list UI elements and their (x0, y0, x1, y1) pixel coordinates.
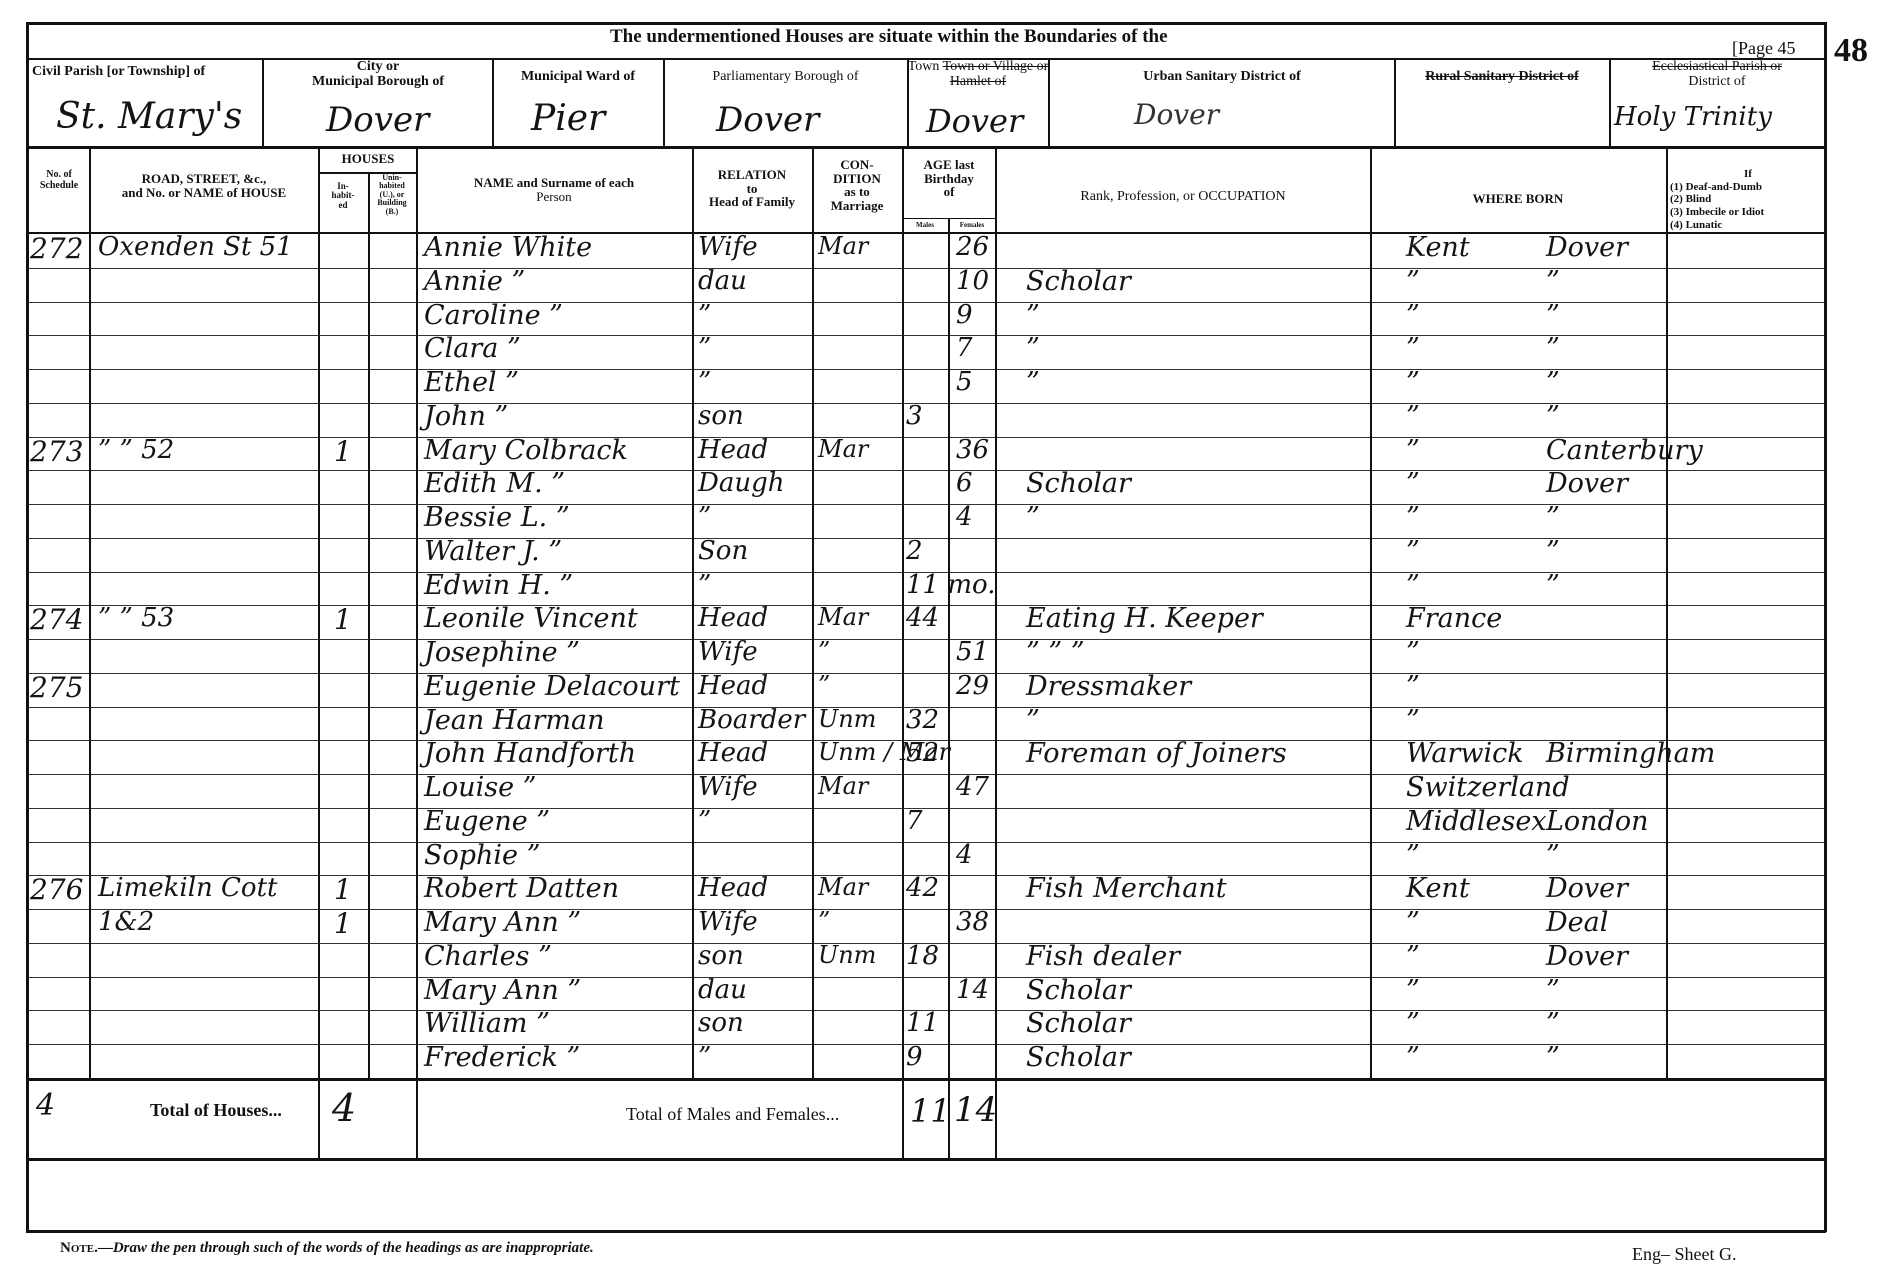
municipal-borough-value: Dover (326, 100, 429, 140)
born-town-cell: ” (1546, 502, 1560, 533)
condition-cell: Mar (818, 232, 868, 260)
urban-sanitary-label: Urban Sanitary District of (1048, 70, 1396, 85)
born-county-cell: ” (1406, 1008, 1420, 1039)
urban-sanitary-value: Dover (1134, 98, 1219, 131)
houses-header: HOUSES (318, 152, 418, 166)
relation-cell: Wife (698, 637, 758, 667)
table-row: 274” ” 531Leonile VincentHeadMar44Eating… (26, 605, 1826, 639)
occupation-cell: Scholar (1026, 975, 1131, 1006)
occupation-cell: Scholar (1026, 266, 1131, 297)
road-cell: 1&2 (98, 907, 154, 937)
table-row: John ”son3”” (26, 403, 1826, 437)
totals-top-rule (26, 1078, 1826, 1081)
relation-cell: Head (698, 738, 768, 768)
occupation-cell: Fish dealer (1026, 941, 1180, 972)
male-age-cell: 18 (906, 941, 939, 971)
relation-cell: dau (698, 975, 747, 1005)
relation-cell: son (698, 401, 744, 431)
condition-cell: ” (818, 637, 830, 665)
born-town-cell: Dover (1546, 232, 1628, 263)
born-town-cell: ” (1546, 975, 1560, 1006)
frame-top (26, 22, 1826, 25)
female-age-cell: 14 (956, 975, 989, 1005)
condition-cell: ” (818, 671, 830, 699)
occupation-cell: ” ” ” (1026, 637, 1085, 668)
occupation-cell: Fish Merchant (1026, 873, 1227, 904)
born-town-cell: ” (1546, 536, 1560, 567)
occupation-cell: ” (1026, 705, 1040, 736)
male-age-cell: 9 (906, 1042, 923, 1072)
born-county-cell: ” (1406, 975, 1420, 1006)
relation-cell: ” (698, 570, 711, 600)
total-houses-label: Total of Houses... (150, 1100, 282, 1121)
condition-cell: Mar (818, 873, 868, 901)
occupation-header: Rank, Profession, or OCCUPATION (995, 190, 1371, 205)
born-town-cell: ” (1546, 1042, 1560, 1073)
name-cell: John Handforth (424, 738, 636, 769)
born-town-cell: ” (1546, 401, 1560, 432)
born-county-cell: ” (1406, 333, 1420, 364)
schedule-header: No. ofSchedule (28, 170, 90, 191)
male-age-cell: 11 (906, 1008, 939, 1038)
females-header: Females (948, 222, 996, 229)
male-age-cell: 2 (906, 536, 923, 566)
table-row: 1&21Mary Ann ”Wife”38”Deal (26, 909, 1826, 943)
schedule-cell: 272 (30, 232, 83, 265)
uninhabited-header: Unin-habited(U.), orBuilding(B.) (368, 174, 416, 216)
born-town-cell: London (1546, 806, 1649, 837)
born-town-cell: ” (1546, 266, 1560, 297)
name-cell: Eugenie Delacourt (424, 671, 680, 702)
table-row: Ethel ””5””” (26, 369, 1826, 403)
born-town-cell: Dover (1546, 941, 1628, 972)
table-row: 275Eugenie DelacourtHead”29Dressmaker” (26, 673, 1826, 707)
relation-cell: Daugh (698, 468, 784, 498)
name-cell: Annie ” (424, 266, 525, 297)
born-county-cell: ” (1406, 941, 1420, 972)
name-cell: Ethel ” (424, 367, 519, 398)
born-town-cell: Deal (1546, 907, 1608, 938)
occupation-cell: ” (1026, 367, 1040, 398)
female-age-cell: 7 (956, 333, 973, 363)
age-subheader-rule (902, 218, 996, 219)
male-age-cell: 11 mo. (906, 570, 995, 600)
born-county-cell: Kent (1406, 873, 1470, 904)
relation-cell: Wife (698, 772, 758, 802)
condition-cell: Mar (818, 603, 868, 631)
born-county-cell: ” (1406, 705, 1420, 736)
born-town-cell: ” (1546, 840, 1560, 871)
folio-number: 48 (1834, 32, 1868, 70)
male-age-cell: 44 (906, 603, 939, 633)
name-cell: Frederick ” (424, 1042, 580, 1073)
relation-cell: son (698, 941, 744, 971)
table-row: 276Limekiln Cott1Robert DattenHeadMar42F… (26, 875, 1826, 909)
occupation-cell: Scholar (1026, 1042, 1131, 1073)
relation-cell: Head (698, 435, 768, 465)
road-cell: Oxenden St 51 (98, 232, 293, 262)
name-cell: Leonile Vincent (424, 603, 638, 634)
page-number-label: [Page 45 (1732, 38, 1795, 59)
schedules-total-mark: 4 (36, 1088, 55, 1123)
name-cell: Sophie ” (424, 840, 540, 871)
occupation-cell: ” (1026, 333, 1040, 364)
name-cell: Robert Datten (424, 873, 619, 904)
born-town-cell: ” (1546, 300, 1560, 331)
condition-cell: Unm (818, 705, 876, 733)
born-county-cell: Warwick (1406, 738, 1524, 769)
male-age-cell: 52 (906, 738, 939, 768)
ecclesiastical-parish-value: Holy Trinity (1614, 102, 1772, 132)
footer-note: Note.—Draw the pen through such of the w… (60, 1240, 594, 1257)
table-row: Annie ”dau10Scholar”” (26, 268, 1826, 302)
born-county-cell: ” (1406, 536, 1420, 567)
female-age-cell: 47 (956, 772, 989, 802)
inhabited-cell: 1 (334, 873, 352, 906)
born-town-cell: Dover (1546, 468, 1628, 499)
inhabited-cell: 1 (334, 907, 352, 940)
name-cell: Mary Ann ” (424, 975, 581, 1006)
infirmity-header: If(1) Deaf-and-Dumb(2) Blind(3) Imbecile… (1670, 168, 1826, 231)
born-county-cell: ” (1406, 840, 1420, 871)
town-value: Dover (926, 102, 1023, 140)
schedule-cell: 275 (30, 671, 83, 704)
inhabited-cell: 1 (334, 435, 352, 468)
name-cell: Louise ” (424, 772, 536, 803)
table-row: Sophie ”4”” (26, 842, 1826, 876)
born-county-cell: ” (1406, 1042, 1420, 1073)
name-cell: Edwin H. ” (424, 570, 573, 601)
occupation-cell: Scholar (1026, 1008, 1131, 1039)
born-county-cell: Kent (1406, 232, 1470, 263)
name-cell: Charles ” (424, 941, 552, 972)
name-cell: John ” (424, 401, 508, 432)
name-cell: William ” (424, 1008, 550, 1039)
road-cell: ” ” 53 (98, 603, 174, 633)
born-county-cell: Switzerland (1406, 772, 1570, 803)
born-town-cell: Birmingham (1546, 738, 1715, 769)
relation-cell: Son (698, 536, 748, 566)
table-row: Charles ”sonUnm18Fish dealer”Dover (26, 943, 1826, 977)
relation-cell: Head (698, 873, 768, 903)
relation-cell: Boarder (698, 705, 805, 735)
table-row: Mary Ann ”dau14Scholar”” (26, 977, 1826, 1011)
frame-bottom (26, 1230, 1826, 1233)
civil-parish-label: Civil Parish [or Township] of (32, 64, 205, 80)
relation-cell: Head (698, 671, 768, 701)
name-cell: Edith M. ” (424, 468, 565, 499)
males-header: Males (902, 222, 948, 229)
table-row: Jean HarmanBoarderUnm32”” (26, 707, 1826, 741)
name-cell: Clara ” (424, 333, 521, 364)
condition-cell: ” (818, 907, 830, 935)
name-cell: Annie White (424, 232, 592, 263)
schedule-cell: 276 (30, 873, 83, 906)
name-cell: Caroline ” (424, 300, 563, 331)
relation-cell: ” (698, 300, 711, 330)
occupation-cell: Scholar (1026, 468, 1131, 499)
table-row: Eugene ””7MiddlesexLondon (26, 808, 1826, 842)
relation-cell: ” (698, 1042, 711, 1072)
male-age-cell: 3 (906, 401, 923, 431)
relation-cell: Head (698, 603, 768, 633)
born-town-cell: Dover (1546, 873, 1628, 904)
female-age-cell: 26 (956, 232, 989, 262)
born-county-cell: ” (1406, 300, 1420, 331)
boundaries-bottom-rule (26, 146, 1826, 149)
female-age-cell: 36 (956, 435, 989, 465)
total-houses-value: 4 (332, 1086, 356, 1130)
male-age-cell: 32 (906, 705, 939, 735)
table-row: Walter J. ”Son2”” (26, 538, 1826, 572)
condition-cell: Unm (818, 941, 876, 969)
born-county-cell: France (1406, 603, 1502, 634)
name-cell: Mary Colbrack (424, 435, 628, 466)
born-county-cell: ” (1406, 907, 1420, 938)
female-age-cell: 5 (956, 367, 973, 397)
relation-cell: ” (698, 367, 711, 397)
municipal-ward-value: Pier (531, 98, 605, 139)
condition-cell: Mar (818, 435, 868, 463)
table-row: Clara ””7””” (26, 335, 1826, 369)
name-cell: Eugene ” (424, 806, 550, 837)
table-row: John HandforthHeadUnm / Mar52Foreman of … (26, 740, 1826, 774)
schedule-cell: 273 (30, 435, 83, 468)
inhabited-cell: 1 (334, 603, 352, 636)
rural-sanitary-label: Rural Sanitary District of (1394, 70, 1610, 85)
male-age-cell: 42 (906, 873, 939, 903)
table-row: Josephine ”Wife”51” ” ”” (26, 639, 1826, 673)
ecclesiastical-parish-label: Ecclesiastical Parish orDistrict of (1609, 60, 1825, 89)
where-born-header: WHERE BORN (1370, 192, 1666, 206)
female-age-cell: 4 (956, 502, 973, 532)
inhabited-header: In-habit-ed (318, 182, 368, 210)
born-town-cell: ” (1546, 570, 1560, 601)
town-label: Town Town or Village orHamlet of (907, 60, 1049, 89)
parliamentary-borough-label: Parliamentary Borough of (663, 70, 908, 85)
male-age-cell: 7 (906, 806, 923, 836)
female-age-cell: 4 (956, 840, 973, 870)
census-enumeration-page: The undermentioned Houses are situate wi… (26, 22, 1826, 1240)
totals-bottom-rule (26, 1158, 1826, 1161)
born-town-cell: Canterbury (1546, 435, 1703, 466)
page-title: The undermentioned Houses are situate wi… (610, 26, 1168, 48)
name-cell: Jean Harman (424, 705, 605, 736)
female-age-cell: 38 (956, 907, 989, 937)
female-age-cell: 29 (956, 671, 989, 701)
name-cell: Mary Ann ” (424, 907, 581, 938)
born-county-cell: ” (1406, 367, 1420, 398)
female-age-cell: 10 (956, 266, 989, 296)
name-cell: Walter J. ” (424, 536, 562, 567)
table-row: Caroline ””9””” (26, 302, 1826, 336)
table-row: 273” ” 521Mary ColbrackHeadMar36”Canterb… (26, 437, 1826, 471)
total-persons-label: Total of Males and Females... (626, 1104, 839, 1125)
table-row: Edith M. ”Daugh6Scholar”Dover (26, 470, 1826, 504)
female-age-cell: 51 (956, 637, 989, 667)
born-county-cell: Middlesex (1406, 806, 1547, 837)
parliamentary-borough-value: Dover (716, 100, 819, 140)
born-town-cell: ” (1546, 367, 1560, 398)
municipal-ward-label: Municipal Ward of (492, 70, 664, 85)
relation-header: RELATIONtoHead of Family (692, 168, 812, 209)
occupation-cell: Dressmaker (1026, 671, 1191, 702)
born-county-cell: ” (1406, 671, 1420, 702)
occupation-cell: ” (1026, 502, 1040, 533)
born-county-cell: ” (1406, 468, 1420, 499)
total-females-value: 14 (954, 1090, 997, 1130)
born-county-cell: ” (1406, 266, 1420, 297)
table-row: Louise ”WifeMar47Switzerland (26, 774, 1826, 808)
relation-cell: ” (698, 333, 711, 363)
occupation-cell: Foreman of Joiners (1026, 738, 1287, 769)
born-town-cell: ” (1546, 1008, 1560, 1039)
name-header: NAME and Surname of eachPerson (416, 176, 692, 203)
municipal-borough-label: City orMunicipal Borough of (262, 60, 494, 89)
relation-cell: Wife (698, 907, 758, 937)
born-county-cell: ” (1406, 435, 1420, 466)
relation-cell: Wife (698, 232, 758, 262)
name-cell: Bessie L. ” (424, 502, 570, 533)
road-header: ROAD, STREET, &c.,and No. or NAME of HOU… (90, 172, 318, 199)
born-county-cell: ” (1406, 637, 1420, 668)
born-county-cell: ” (1406, 570, 1420, 601)
relation-cell: dau (698, 266, 747, 296)
sheet-label: Eng– Sheet G. (1632, 1244, 1736, 1265)
occupation-cell: ” (1026, 300, 1040, 331)
road-cell: ” ” 52 (98, 435, 174, 465)
relation-cell: ” (698, 502, 711, 532)
age-header: AGE lastBirthdayof (902, 158, 996, 199)
table-row: Edwin H. ””11 mo.”” (26, 572, 1826, 606)
female-age-cell: 9 (956, 300, 973, 330)
born-county-cell: ” (1406, 401, 1420, 432)
female-age-cell: 6 (956, 468, 973, 498)
condition-cell: Mar (818, 772, 868, 800)
table-row: Bessie L. ””4””” (26, 504, 1826, 538)
table-row: 272Oxenden St 51Annie WhiteWifeMar26Kent… (26, 234, 1826, 268)
born-county-cell: ” (1406, 502, 1420, 533)
name-cell: Josephine ” (424, 637, 580, 668)
civil-parish-value: St. Mary's (56, 96, 242, 137)
relation-cell: son (698, 1008, 744, 1038)
table-row: Frederick ””9Scholar”” (26, 1044, 1826, 1078)
relation-cell: ” (698, 806, 711, 836)
road-cell: Limekiln Cott (98, 873, 277, 903)
condition-header: CON-DITIONas toMarriage (812, 158, 902, 213)
occupation-cell: Eating H. Keeper (1026, 603, 1263, 634)
born-town-cell: ” (1546, 333, 1560, 364)
total-males-value: 11 (910, 1092, 951, 1130)
table-row: William ”son11Scholar”” (26, 1010, 1826, 1044)
schedule-cell: 274 (30, 603, 83, 636)
